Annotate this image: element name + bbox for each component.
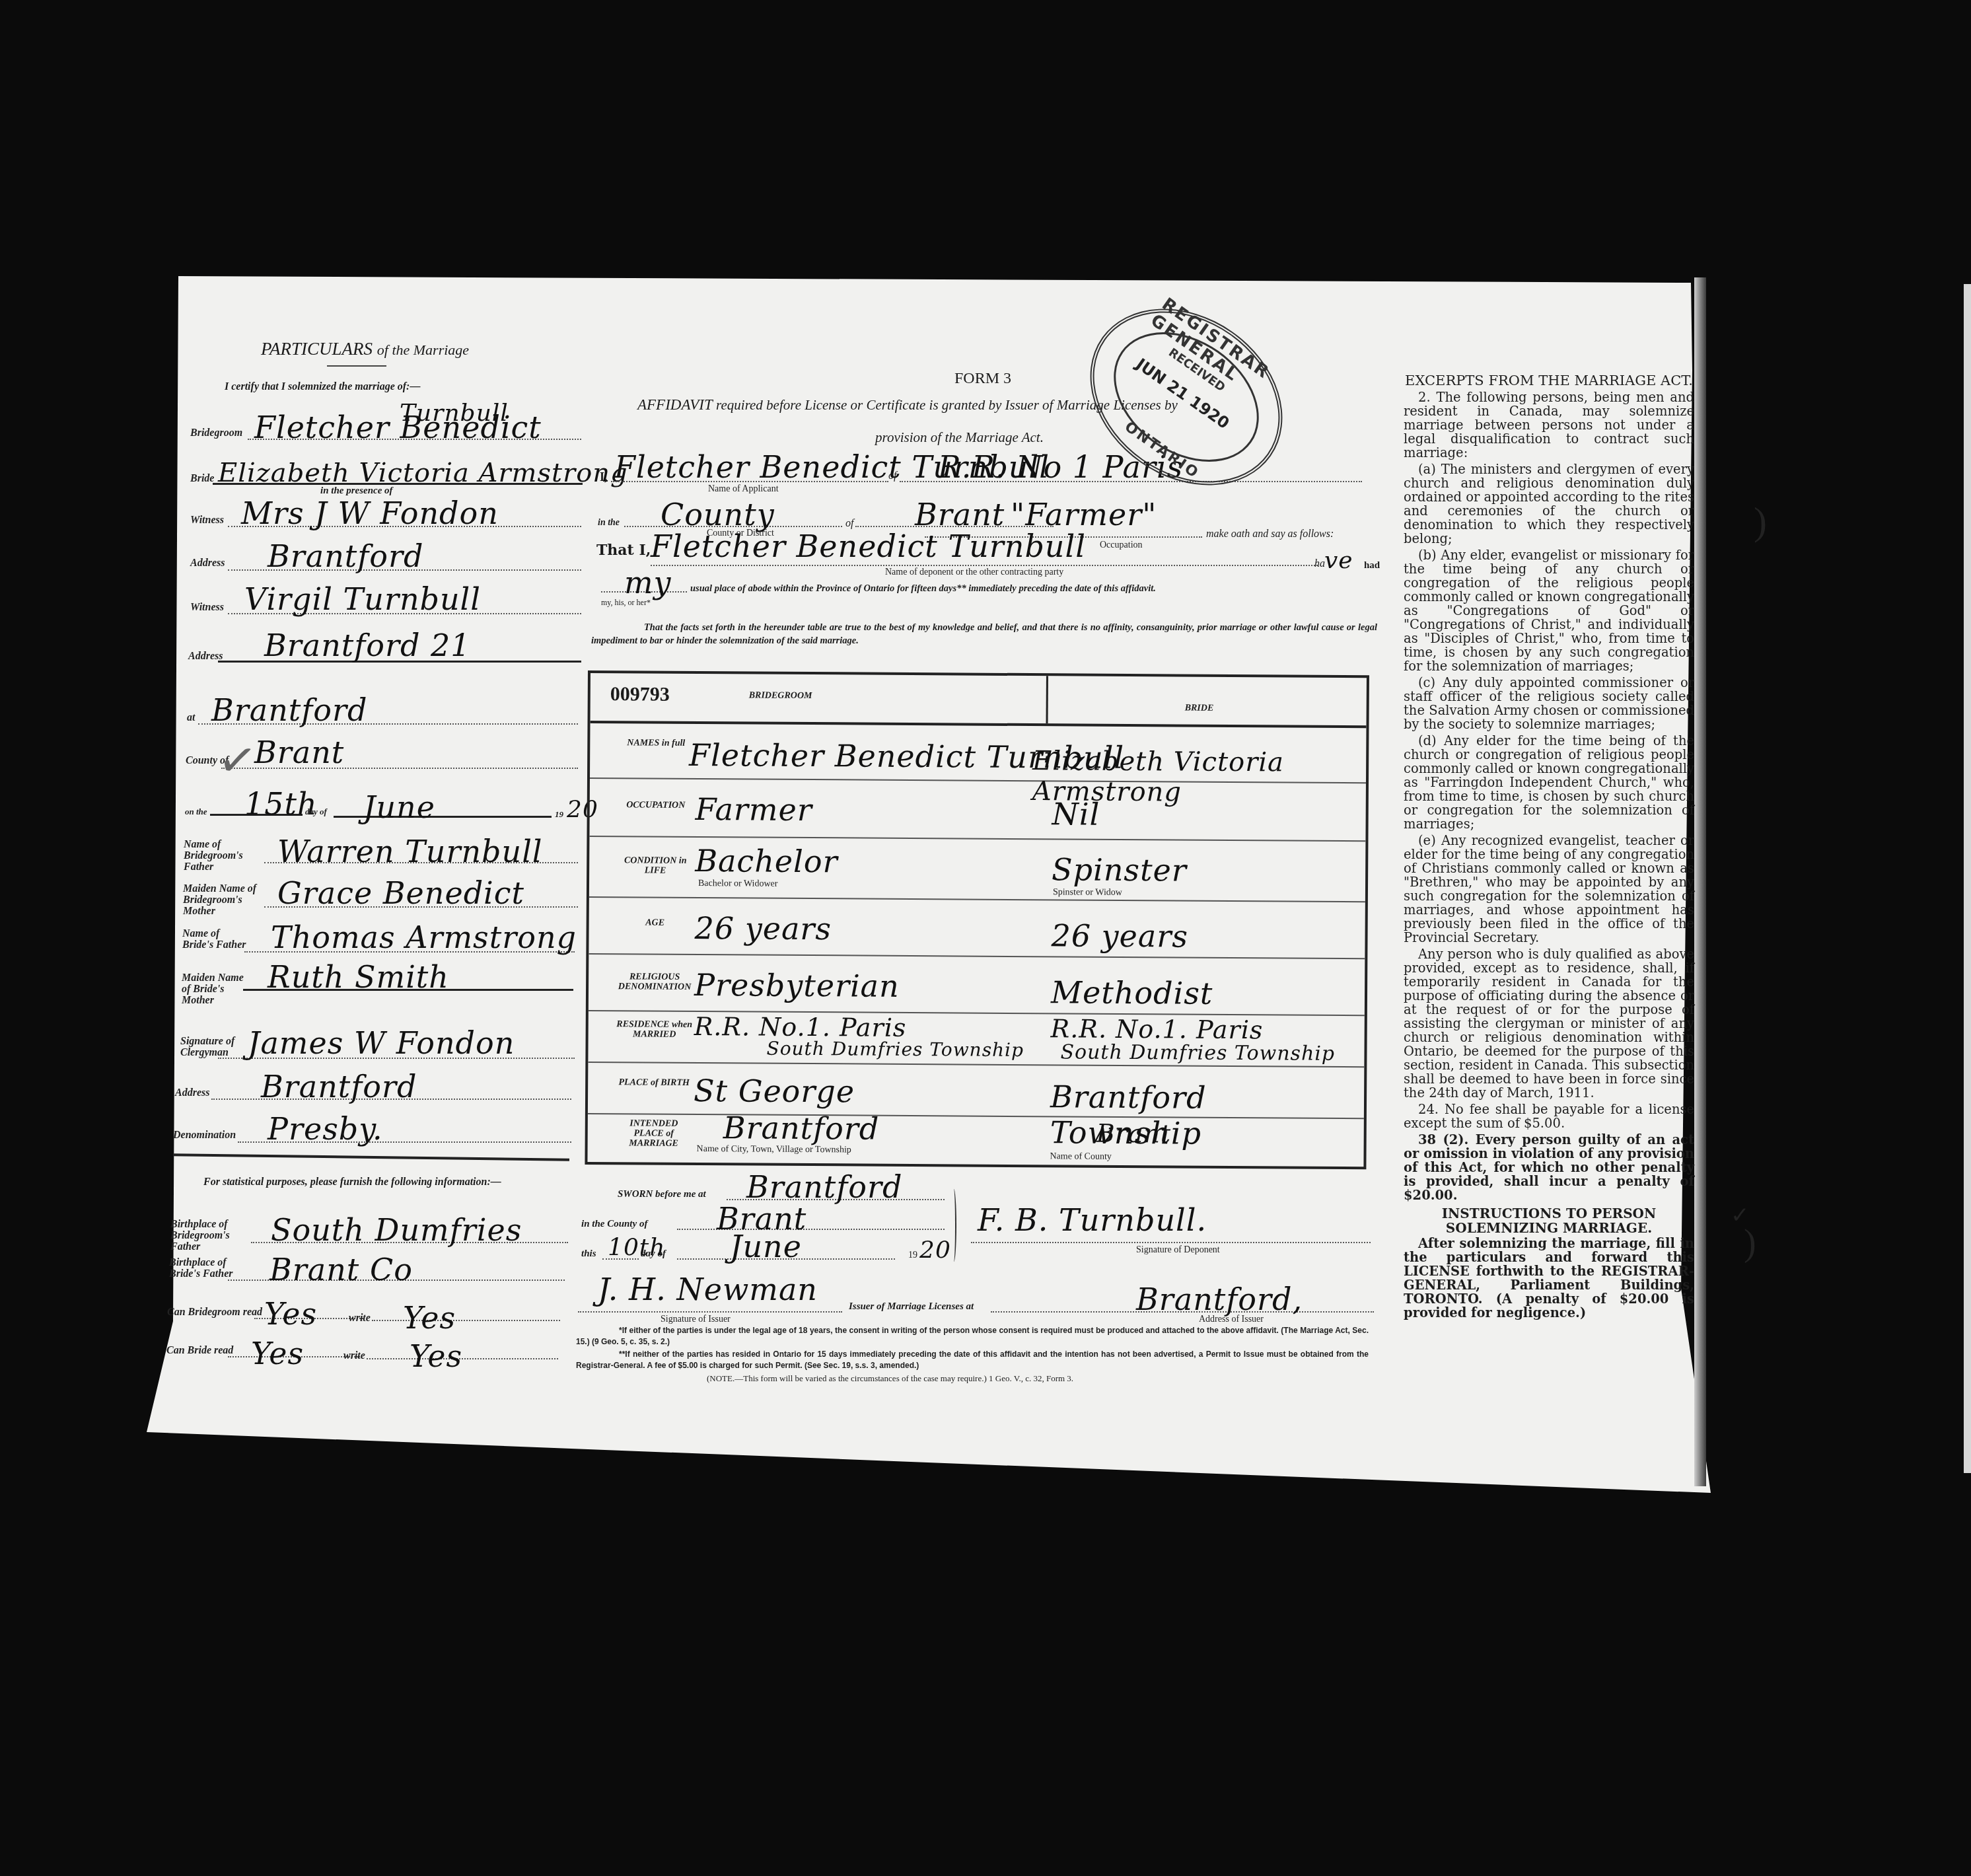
row-label-names: NAMES in full (616, 738, 696, 748)
row-label-condition: CONDITION in LIFE (616, 855, 695, 876)
particulars-table: 009793 BRIDEGROOM BRIDE NAMES in full Fl… (585, 670, 1369, 1169)
issuer-signature-caption: Signature of Issuer (661, 1315, 731, 1325)
witness2-label: Witness (190, 602, 224, 613)
at-value: Brantford (211, 692, 367, 728)
row-label-age: AGE (616, 918, 695, 928)
intended-county: Brant (1096, 1119, 1172, 1149)
witness1-label: Witness (190, 515, 224, 526)
bride-read-label: Can Bride read (166, 1345, 233, 1356)
clergy-signature-value: James W Fondon (248, 1025, 515, 1061)
clergy-address-value: Brantford (261, 1069, 417, 1104)
bride-residence-township: South Dumfries Township (1060, 1040, 1335, 1065)
bride-condition-caption: Spinster or Widow (1053, 887, 1122, 898)
deponent-value: Fletcher Benedict Turnbull (651, 528, 1086, 564)
statistical-note: For statistical purposes, please furnish… (172, 1176, 568, 1189)
table-row: RELIGIOUS DENOMINATION Presbyterian Meth… (589, 955, 1365, 1016)
bride-father-birthplace-value: Brant Co (269, 1252, 413, 1287)
issuer-at-label: Issuer of Marriage Licenses at (849, 1301, 974, 1313)
header-divider (1046, 676, 1048, 723)
scanned-document: PARTICULARS of the Marriage I certify th… (0, 0, 1971, 1876)
bride-father-value: Thomas Armstrong (271, 920, 577, 955)
excerpt-clause-d: (d) Any elder for the time being of the … (1404, 734, 1694, 831)
groom-father-label: Name of Bridegroom's Father (184, 839, 256, 873)
denomination-value: Presby. (268, 1111, 383, 1147)
at-label: at (187, 712, 195, 723)
denomination-label: Denomination (173, 1130, 236, 1141)
checkmark-icon: ✓ (215, 731, 261, 790)
facts-text: That the facts set forth in the hereunde… (591, 621, 1377, 647)
excerpts-title: EXCERPTS FROM THE MARRIAGE ACT. (1404, 373, 1694, 388)
footnote-1: *If either of the parties is under the l… (576, 1325, 1369, 1348)
groom-write-label: write (349, 1313, 371, 1324)
sworn-this-label: this (581, 1248, 596, 1260)
address2-value: Brantford 21 (264, 628, 471, 663)
groom-write-value: Yes (403, 1300, 456, 1336)
table-row: RESIDENCE when MARRIED R.R. No.1. Paris … (588, 1011, 1364, 1067)
bride-occupation: Nil (1052, 796, 1100, 832)
bride-label: Bride (190, 473, 214, 484)
deponent-signature-line (971, 1242, 1371, 1243)
row-label-residence: RESIDENCE when MARRIED (615, 1019, 694, 1040)
deponent-line (651, 565, 1318, 566)
col-bride-header: BRIDE (1185, 703, 1214, 714)
bride-age: 26 years (1051, 918, 1188, 954)
witness1-value: Mrs J W Fondon (241, 495, 499, 531)
table-row: PLACE of BIRTH St George Brantford Towns… (588, 1063, 1364, 1119)
groom-residence-township: South Dumfries Township (766, 1038, 1024, 1061)
groom-age: 26 years (694, 910, 832, 947)
i-label: I, (600, 470, 608, 484)
margin-bracket-mark-2: ) (1744, 1222, 1756, 1264)
particulars-title: PARTICULARS of the Marriage (261, 339, 469, 359)
groom-father-birthplace-value: South Dumfries (271, 1212, 522, 1248)
margin-bracket-mark: ) (1754, 499, 1767, 544)
clergy-signature-label: Signature of Clergyman (180, 1036, 246, 1058)
bride-write-label: write (343, 1350, 365, 1361)
page-edge-shadow (1694, 277, 1706, 1486)
bride-residence: R.R. No.1. Paris (1051, 1014, 1264, 1044)
bride-mother-label: Maiden Name of Bride's Mother (182, 972, 248, 1006)
excerpt-clause-a: (a) The ministers and clergymen of every… (1404, 462, 1694, 546)
intended-county-caption: Name of County (1050, 1151, 1111, 1163)
excerpt-section-2: 2. The following persons, being men and … (1404, 390, 1694, 460)
day-of-label: day of (305, 806, 327, 817)
bride-father-label: Name of Bride's Father (182, 928, 248, 951)
serial-number: 009793 (610, 683, 670, 706)
title-rule (327, 365, 386, 367)
sworn-day-of-label: day of (641, 1248, 666, 1260)
excerpt-section-24: 24. No fee shall be payable for a licens… (1404, 1102, 1694, 1130)
issuer-signature-line (578, 1311, 842, 1313)
bridegroom-label: Bridegroom (190, 427, 242, 439)
that-i-label: That I, (596, 542, 651, 559)
deponent-signature: F. B. Turnbull. (978, 1202, 1207, 1238)
table-row: OCCUPATION Farmer Nil (589, 779, 1366, 842)
affidavit-lead: AFFIDAVIT (637, 396, 713, 413)
bride-father-birthplace-label: Birthplace of Bride's Father (169, 1257, 242, 1280)
instructions-title: INSTRUCTIONS TO PERSON SOLEMNIZING MARRI… (1404, 1206, 1694, 1235)
particulars-title-rest: of the Marriage (377, 342, 469, 358)
groom-read-value: Yes (264, 1296, 317, 1332)
sworn-month-value: June (730, 1229, 802, 1264)
sworn-county-label: in the County of (581, 1219, 647, 1230)
abode-text: usual place of abode within the Province… (690, 583, 1156, 595)
my-value: my (624, 565, 672, 600)
footnote-3: (NOTE.—This form will be varied as the c… (707, 1373, 1367, 1384)
groom-condition-caption: Bachelor or Widower (698, 879, 778, 890)
sworn-year-prefix: 19 (908, 1250, 917, 1261)
groom-father-value: Warren Turnbull (277, 834, 543, 869)
bridegroom-value-surname: Turnbull (400, 400, 509, 427)
county-value: Brant (254, 735, 344, 770)
table-row: INTENDED PLACE of MARRIAGE Brantford Nam… (587, 1114, 1363, 1164)
sworn-year-value: 20 (919, 1237, 951, 1264)
row-label-birthplace: PLACE of BIRTH (614, 1077, 694, 1088)
issuer-signature: J. H. Newman (598, 1272, 818, 1307)
sworn-label: SWORN before me at (618, 1189, 706, 1200)
applicant-caption: Name of Applicant (708, 484, 779, 495)
groom-religion: Presbyterian (694, 967, 900, 1004)
sworn-place-value: Brantford (746, 1169, 902, 1205)
bride-mother-value: Ruth Smith (268, 959, 449, 995)
clergy-address-label: Address (175, 1087, 209, 1099)
footnote-2: **If neither of the parties has resided … (576, 1349, 1369, 1371)
issuer-address-caption: Address of Issuer (1199, 1315, 1264, 1325)
excerpt-clause-b: (b) Any elder, evangelist or missionary … (1404, 548, 1694, 673)
of-label: of (888, 470, 896, 482)
bride-condition: Spinster (1052, 851, 1187, 888)
county-district-value: County (661, 497, 775, 532)
groom-mother-value: Grace Benedict (277, 875, 524, 911)
row-label-religion: RELIGIOUS DENOMINATION (615, 972, 694, 992)
occupation-caption: Occupation (1100, 540, 1143, 551)
certify-text: I certify that I solemnized the marriage… (225, 381, 420, 393)
groom-write-line (372, 1320, 560, 1321)
groom-condition: Bachelor (695, 843, 838, 879)
deponent-caption: Name of deponent or the other contractin… (885, 567, 1063, 578)
had-text: had (1364, 560, 1380, 571)
groom-occupation: Farmer (696, 791, 812, 828)
groom-father-birthplace-label: Birthplace of Bridegroom's Father (170, 1219, 256, 1252)
affidavit-line2: provision of the Marriage Act. (875, 429, 1044, 446)
table-row: AGE 26 years 26 years (589, 898, 1365, 959)
address1-value: Brantford (268, 538, 423, 574)
form-title: FORM 3 (954, 370, 1011, 388)
year-prefix: 19 (555, 809, 563, 820)
instructions-text: After solemnizing the marriage, fill in … (1404, 1237, 1694, 1320)
address1-label: Address (190, 558, 225, 569)
table-row: CONDITION in LIFE Bachelor Bachelor or W… (589, 837, 1366, 902)
groom-read-label: Can Bridegroom read (167, 1307, 262, 1318)
occupation-value: "Farmer" (1011, 497, 1157, 532)
issuer-address-value: Brantford, (1136, 1281, 1303, 1317)
bride-value: Elizabeth Victoria Armstrong (218, 458, 628, 488)
intended-city-caption: Name of City, Town, Village or Township (697, 1144, 851, 1155)
groom-birthplace: St George (694, 1073, 855, 1109)
in-the-label: in the (598, 518, 620, 528)
bride-read-value: Yes (251, 1336, 304, 1371)
intended-city: Brantford (723, 1110, 880, 1146)
of2-value: Brant (915, 497, 1005, 532)
marriage-month-value: June (363, 789, 435, 825)
my-caption: my, his, or her* (601, 598, 651, 608)
sworn-brace (951, 1189, 956, 1262)
bride-write-value: Yes (410, 1338, 462, 1374)
table-row: NAMES in full Fletcher Benedict Turnbull… (590, 723, 1366, 783)
table-header: 009793 BRIDEGROOM BRIDE (591, 673, 1367, 728)
particulars-title-caps: PARTICULARS (261, 339, 373, 359)
adjacent-page-edge (1964, 284, 1971, 1473)
row-label-occupation: OCCUPATION (616, 800, 696, 811)
bride-religion: Methodist (1051, 974, 1213, 1011)
col-bridegroom-header: BRIDEGROOM (749, 690, 812, 702)
excerpt-any-person: Any person who is duly qualified as abov… (1404, 947, 1694, 1100)
on-the-label: on the (185, 806, 207, 817)
excerpt-clause-e: (e) Any recognized evangelist, teacher o… (1404, 834, 1694, 945)
witness2-value: Virgil Turnbull (244, 581, 481, 617)
excerpts-column: EXCERPTS FROM THE MARRIAGE ACT. 2. The f… (1404, 373, 1694, 1322)
oath-text: make oath and say as follows: (1206, 528, 1334, 540)
deponent-signature-caption: Signature of Deponent (1136, 1245, 1220, 1256)
excerpt-section-38: 38 (2). Every person guilty of an act or… (1404, 1133, 1694, 1202)
excerpt-clause-c: (c) Any duly appointed commissioner or s… (1404, 676, 1694, 731)
row-label-intended-place: INTENDED PLACE of MARRIAGE (614, 1118, 694, 1149)
have-value: ve (1324, 547, 1353, 574)
have-prefix: ha (1314, 558, 1325, 570)
groom-mother-label: Maiden Name of Bridegroom's Mother (183, 883, 262, 917)
